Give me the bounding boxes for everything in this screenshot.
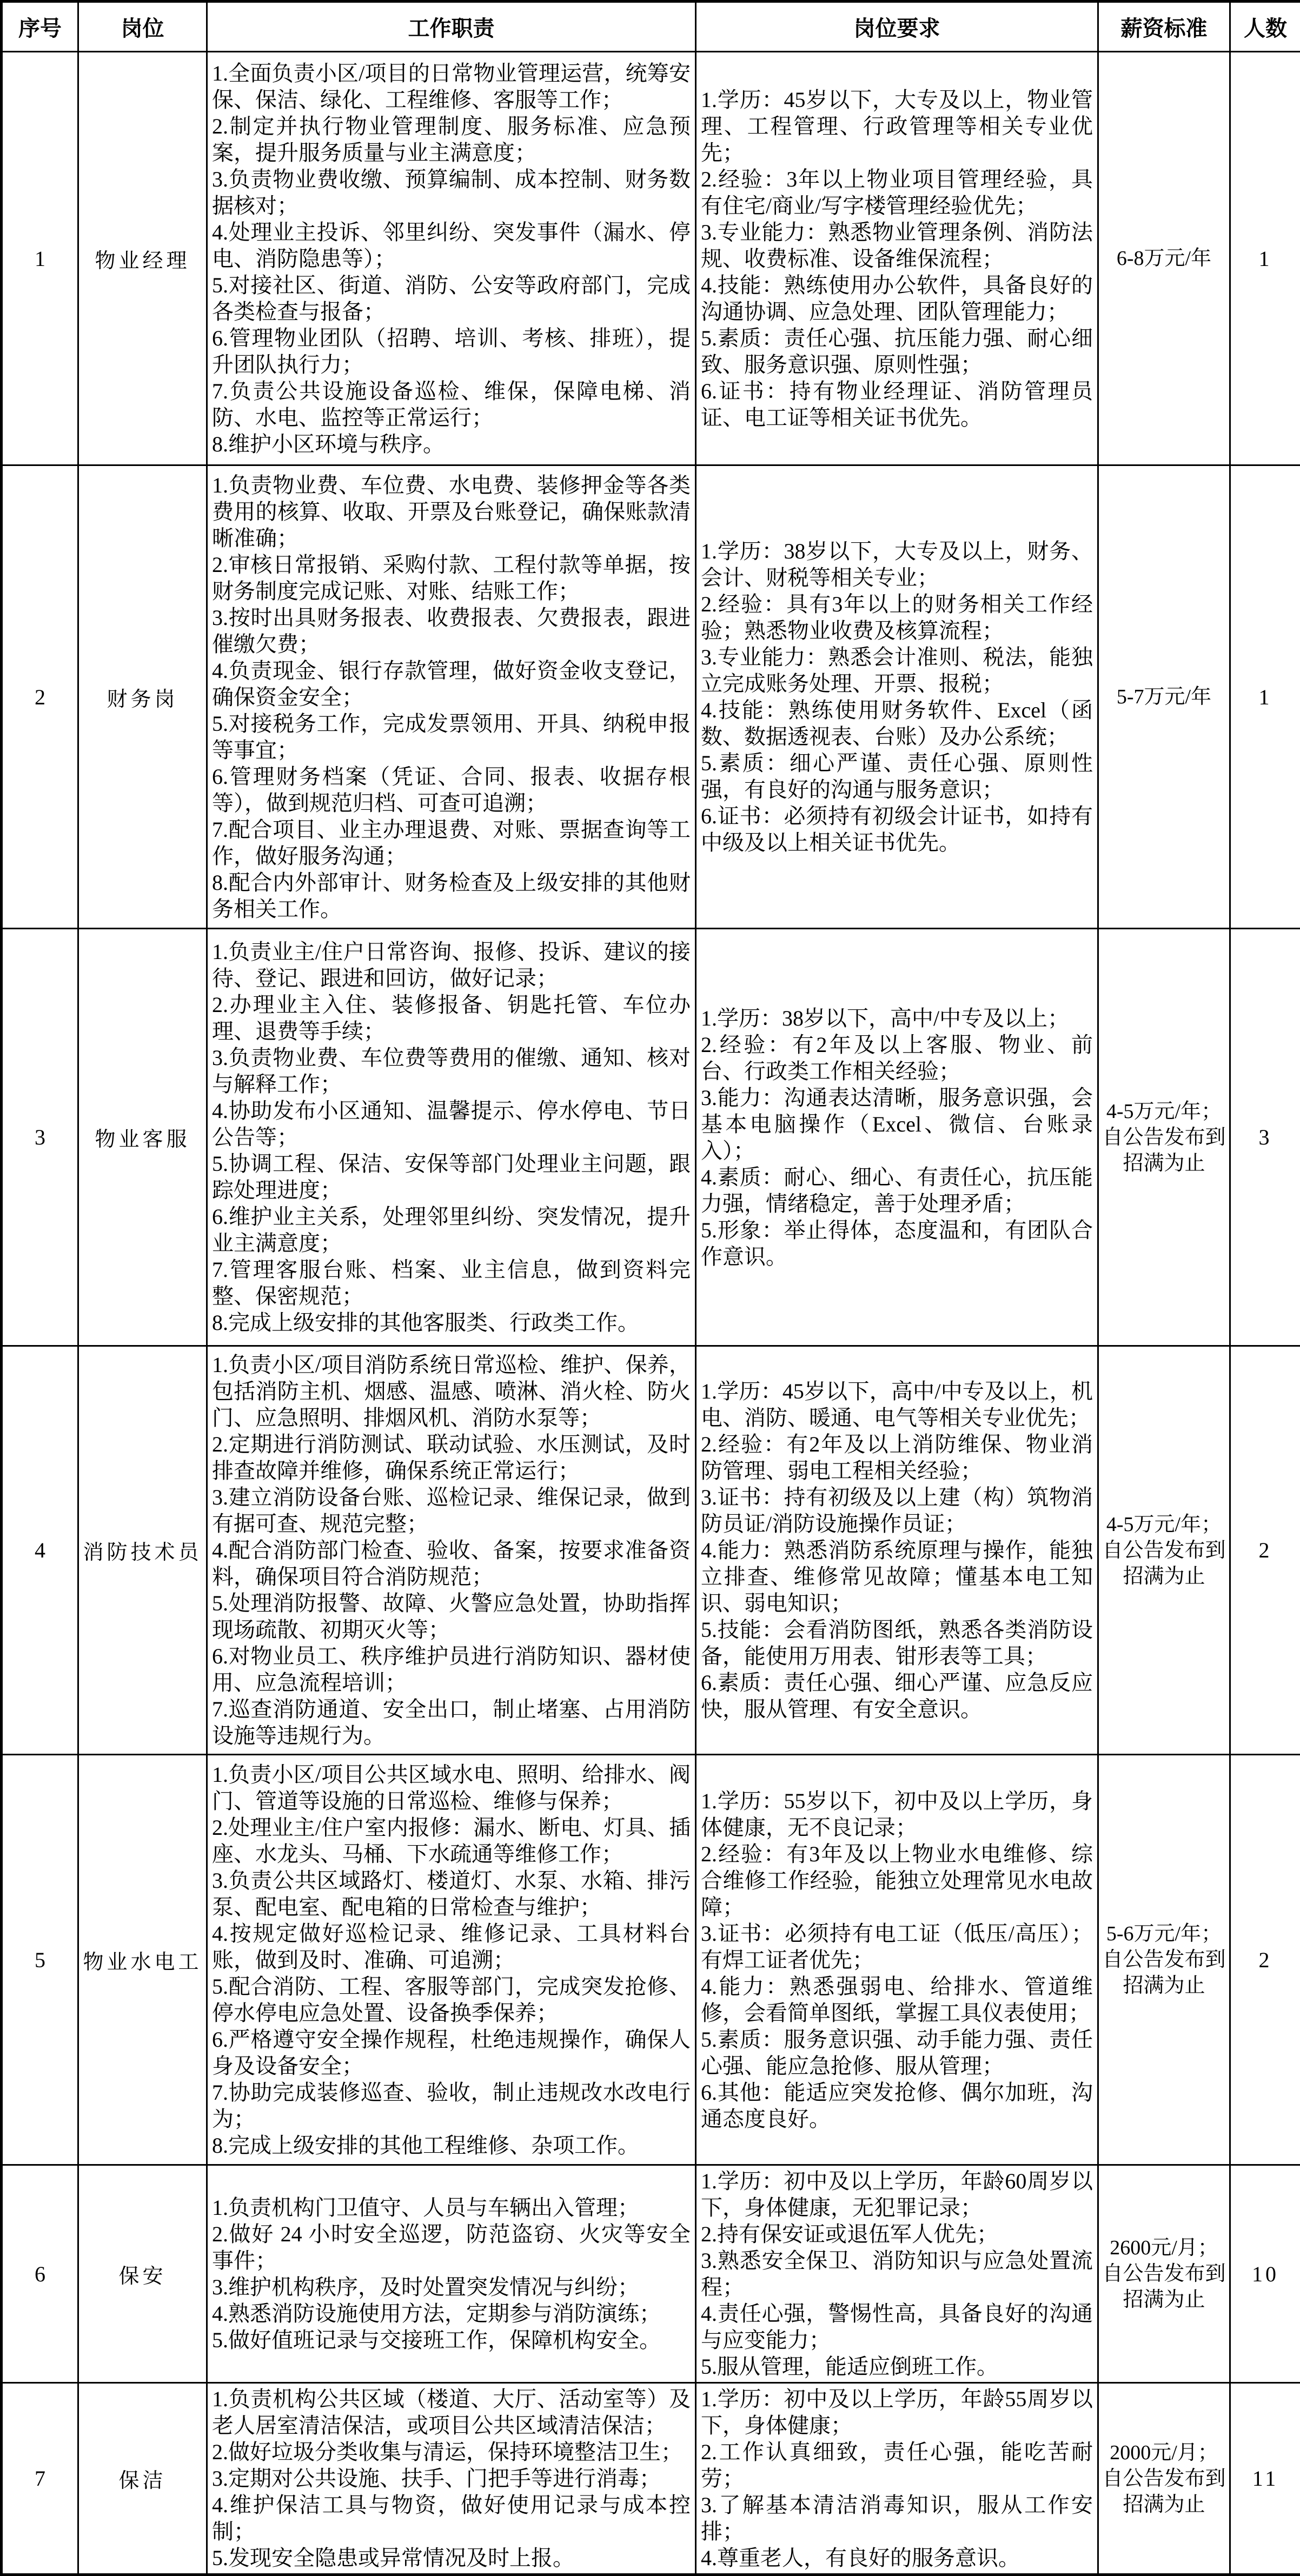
duty-item: 7.协助完成装修巡查、验收，制止违规改水改电行为； — [212, 2079, 691, 2132]
cell-duties: 1.负责机构门卫值守、人员与车辆出入管理；2.做好 24 小时安全巡逻，防范盗窃… — [207, 2165, 696, 2383]
duty-item: 2.处理业主/住户室内报修：漏水、断电、灯具、插座、水龙头、马桶、下水疏通等维修… — [212, 1814, 691, 1867]
requirement-item: 4.技能：熟练使用办公软件，具备良好的沟通协调、应急处理、团队管理能力； — [701, 272, 1093, 325]
duty-item: 8.维护小区环境与秩序。 — [212, 431, 691, 457]
cell-position: 财务岗 — [78, 465, 207, 929]
recruitment-table: 序号 岗位 工作职责 岗位要求 薪资标准 人数 1 物业经理 1.全面负责小区/… — [0, 0, 1300, 2576]
requirement-item: 4.尊重老人，有良好的服务意识。 — [701, 2545, 1093, 2571]
cell-headcount: 11 — [1230, 2383, 1300, 2575]
requirement-item: 1.学历：38岁以下，高中/中专及以上； — [701, 1005, 1093, 1031]
table-row: 3 物业客服 1.负责业主/住户日常咨询、报修、投诉、建议的接待、登记、跟进和回… — [2, 929, 1300, 1346]
requirement-item: 2.持有保安证或退伍军人优先； — [701, 2221, 1093, 2247]
requirement-item: 6.素质：责任心强、细心严谨、应急反应快，服从管理、有安全意识。 — [701, 1669, 1093, 1722]
table-body: 1 物业经理 1.全面负责小区/项目的日常物业管理运营，统筹安保、保洁、绿化、工… — [2, 52, 1300, 2575]
duty-item: 1.负责机构公共区域（楼道、大厅、活动室等）及老人居室清洁保洁，或项目公共区域清… — [212, 2386, 691, 2439]
requirement-item: 6.其他：能适应突发抢修、偶尔加班，沟通态度良好。 — [701, 2079, 1093, 2132]
table-row: 6 保安 1.负责机构门卫值守、人员与车辆出入管理；2.做好 24 小时安全巡逻… — [2, 2165, 1300, 2383]
duty-item: 1.负责业主/住户日常咨询、报修、投诉、建议的接待、登记、跟进和回访，做好记录； — [212, 938, 691, 991]
requirement-item: 5.服从管理，能适应倒班工作。 — [701, 2353, 1093, 2380]
duty-item: 5.做好值班记录与交接班工作，保障机构安全。 — [212, 2327, 691, 2353]
header-requirements: 岗位要求 — [696, 2, 1098, 52]
duty-item: 3.负责物业费、车位费等费用的催缴、通知、核对与解释工作； — [212, 1044, 691, 1097]
requirement-item: 5.形象：举止得体，态度温和，有团队合作意识。 — [701, 1217, 1093, 1270]
duty-item: 1.负责机构门卫值守、人员与车辆出入管理； — [212, 2194, 691, 2221]
cell-requirements: 1.学历：初中及以上学历，年龄60周岁以下，身体健康，无犯罪记录；2.持有保安证… — [696, 2165, 1098, 2383]
requirement-item: 4.技能：熟练使用财务软件、Excel（函数、数据透视表、台账）及办公系统； — [701, 697, 1093, 750]
cell-row-number: 2 — [2, 465, 78, 929]
cell-requirements: 1.学历：初中及以上学历，年龄55周岁以下，身体健康；2.工作认真细致，责任心强… — [696, 2383, 1098, 2575]
requirement-item: 2.工作认真细致，责任心强，能吃苦耐劳； — [701, 2439, 1093, 2492]
duty-item: 3.负责公共区域路灯、楼道灯、水泵、水箱、排污泵、配电室、配电箱的日常检查与维护… — [212, 1867, 691, 1920]
cell-row-number: 1 — [2, 52, 78, 465]
cell-headcount: 1 — [1230, 465, 1300, 929]
cell-row-number: 3 — [2, 929, 78, 1346]
duty-item: 8.配合内外部审计、财务检查及上级安排的其他财务相关工作。 — [212, 869, 691, 922]
requirement-item: 2.经验：有3年及以上物业水电维修、综合维修工作经验，能独立处理常见水电故障； — [701, 1841, 1093, 1920]
requirement-item: 5.素质：服务意识强、动手能力强、责任心强、能应急抢修、服从管理； — [701, 2026, 1093, 2079]
cell-headcount: 2 — [1230, 1346, 1300, 1755]
duty-item: 2.做好垃圾分类收集与清运，保持环境整洁卫生； — [212, 2439, 691, 2465]
table-row: 5 物业水电工 1.负责小区/项目公共区域水电、照明、给排水、阀门、管道等设施的… — [2, 1755, 1300, 2165]
cell-row-number: 6 — [2, 2165, 78, 2383]
header-count: 人数 — [1230, 2, 1300, 52]
cell-position: 消防技术员 — [78, 1346, 207, 1755]
requirement-item: 3.专业能力：熟悉物业管理条例、消防法规、收费标准、设备维保流程； — [701, 219, 1093, 272]
duty-item: 6.对物业员工、秩序维护员进行消防知识、器材使用、应急流程培训； — [212, 1643, 691, 1696]
duty-item: 5.协调工程、保洁、安保等部门处理业主问题，跟踪处理进度； — [212, 1150, 691, 1203]
cell-row-number: 5 — [2, 1755, 78, 2165]
cell-headcount: 1 — [1230, 52, 1300, 465]
duty-item: 5.处理消防报警、故障、火警应急处置，协助指挥现场疏散、初期灭火等； — [212, 1590, 691, 1643]
duty-item: 3.负责物业费收缴、预算编制、成本控制、财务数据核对； — [212, 166, 691, 219]
duty-item: 4.配合消防部门检查、验收、备案，按要求准备资料，确保项目符合消防规范； — [212, 1537, 691, 1590]
requirement-item: 4.素质：耐心、细心、有责任心，抗压能力强，情绪稳定，善于处理矛盾； — [701, 1164, 1093, 1217]
cell-salary: 4-5万元/年；自公告发布到招满为止 — [1098, 1346, 1230, 1755]
duty-item: 6.维护业主关系，处理邻里纠纷、突发情况，提升业主满意度； — [212, 1203, 691, 1256]
requirement-item: 6.证书：必须持有初级会计证书，如持有中级及以上相关证书优先。 — [701, 803, 1093, 856]
cell-duties: 1.负责小区/项目公共区域水电、照明、给排水、阀门、管道等设施的日常巡检、维修与… — [207, 1755, 696, 2165]
cell-position: 物业客服 — [78, 929, 207, 1346]
duty-item: 5.对接税务工作，完成发票领用、开具、纳税申报等事宜； — [212, 710, 691, 763]
duty-item: 4.负责现金、银行存款管理，做好资金收支登记，确保资金安全； — [212, 657, 691, 710]
duty-item: 2.办理业主入住、装修报备、钥匙托管、车位办理、退费等手续； — [212, 991, 691, 1044]
header-salary: 薪资标准 — [1098, 2, 1230, 52]
requirement-item: 1.学历：初中及以上学历，年龄60周岁以下，身体健康，无犯罪记录； — [701, 2168, 1093, 2221]
duty-item: 2.制定并执行物业管理制度、服务标准、应急预案，提升服务质量与业主满意度； — [212, 113, 691, 166]
cell-row-number: 4 — [2, 1346, 78, 1755]
requirement-item: 3.证书：必须持有电工证（低压/高压）；有焊工证者优先； — [701, 1920, 1093, 1973]
requirement-item: 4.责任心强，警惕性高，具备良好的沟通与应变能力； — [701, 2300, 1093, 2353]
duty-item: 7.管理客服台账、档案、业主信息，做到资料完整、保密规范； — [212, 1256, 691, 1309]
requirement-item: 3.证书：持有初级及以上建（构）筑物消防员证/消防设施操作员证； — [701, 1484, 1093, 1537]
header-position: 岗位 — [78, 2, 207, 52]
cell-requirements: 1.学历：38岁以下，高中/中专及以上；2.经验：有2年及以上客服、物业、前台、… — [696, 929, 1098, 1346]
cell-headcount: 2 — [1230, 1755, 1300, 2165]
requirement-item: 4.能力：熟悉强弱电、给排水、管道维修，会看简单图纸，掌握工具仪表使用； — [701, 1973, 1093, 2026]
duty-item: 3.定期对公共设施、扶手、门把手等进行消毒； — [212, 2465, 691, 2492]
requirement-item: 1.学历：55岁以下，初中及以上学历，身体健康，无不良记录； — [701, 1788, 1093, 1841]
duty-item: 4.维护保洁工具与物资，做好使用记录与成本控制； — [212, 2492, 691, 2545]
cell-duties: 1.全面负责小区/项目的日常物业管理运营，统筹安保、保洁、绿化、工程维修、客服等… — [207, 52, 696, 465]
duty-item: 2.定期进行消防测试、联动试验、水压测试，及时排查故障并维修，确保系统正常运行； — [212, 1431, 691, 1484]
cell-duties: 1.负责机构公共区域（楼道、大厅、活动室等）及老人居室清洁保洁，或项目公共区域清… — [207, 2383, 696, 2575]
requirement-item: 5.素质：细心严谨、责任心强、原则性强，有良好的沟通与服务意识； — [701, 750, 1093, 803]
duty-item: 7.巡查消防通道、安全出口，制止堵塞、占用消防设施等违规行为。 — [212, 1696, 691, 1749]
duty-item: 4.处理业主投诉、邻里纠纷、突发事件（漏水、停电、消防隐患等）； — [212, 219, 691, 272]
requirement-item: 1.学历：45岁以下，高中/中专及以上，机电、消防、暖通、电气等相关专业优先； — [701, 1378, 1093, 1431]
cell-position: 物业水电工 — [78, 1755, 207, 2165]
table-row: 7 保洁 1.负责机构公共区域（楼道、大厅、活动室等）及老人居室清洁保洁，或项目… — [2, 2383, 1300, 2575]
duty-item: 6.管理物业团队（招聘、培训、考核、排班），提升团队执行力； — [212, 325, 691, 378]
requirement-item: 5.素质：责任心强、抗压能力强、耐心细致、服务意识强、原则性强； — [701, 325, 1093, 378]
requirement-item: 5.技能：会看消防图纸，熟悉各类消防设备，能使用万用表、钳形表等工具； — [701, 1616, 1093, 1669]
duty-item: 2.审核日常报销、采购付款、工程付款等单据，按财务制度完成记账、对账、结账工作； — [212, 551, 691, 604]
cell-requirements: 1.学历：45岁以下，高中/中专及以上，机电、消防、暖通、电气等相关专业优先；2… — [696, 1346, 1098, 1755]
header-duties: 工作职责 — [207, 2, 696, 52]
duty-item: 5.对接社区、街道、消防、公安等政府部门，完成各类检查与报备； — [212, 272, 691, 325]
cell-salary: 5-6万元/年；自公告发布到招满为止 — [1098, 1755, 1230, 2165]
requirement-item: 3.了解基本清洁消毒知识，服从工作安排； — [701, 2492, 1093, 2545]
duty-item: 1.负责小区/项目公共区域水电、照明、给排水、阀门、管道等设施的日常巡检、维修与… — [212, 1761, 691, 1814]
cell-position: 保洁 — [78, 2383, 207, 2575]
requirement-item: 1.学历：38岁以下，大专及以上，财务、会计、财税等相关专业； — [701, 538, 1093, 591]
duty-item: 1.全面负责小区/项目的日常物业管理运营，统筹安保、保洁、绿化、工程维修、客服等… — [212, 60, 691, 113]
duty-item: 4.协助发布小区通知、温馨提示、停水停电、节日公告等； — [212, 1097, 691, 1150]
table-row: 4 消防技术员 1.负责小区/项目消防系统日常巡检、维护、保养，包括消防主机、烟… — [2, 1346, 1300, 1755]
cell-requirements: 1.学历：45岁以下，大专及以上，物业管理、工程管理、行政管理等相关专业优先；2… — [696, 52, 1098, 465]
table-row: 1 物业经理 1.全面负责小区/项目的日常物业管理运营，统筹安保、保洁、绿化、工… — [2, 52, 1300, 465]
duty-item: 5.发现安全隐患或异常情况及时上报。 — [212, 2545, 691, 2571]
cell-salary: 2000元/月；自公告发布到招满为止 — [1098, 2383, 1230, 2575]
cell-headcount: 3 — [1230, 929, 1300, 1346]
cell-position: 物业经理 — [78, 52, 207, 465]
duty-item: 6.严格遵守安全操作规程，杜绝违规操作，确保人身及设备安全； — [212, 2026, 691, 2079]
cell-salary: 4-5万元/年；自公告发布到招满为止 — [1098, 929, 1230, 1346]
requirement-item: 3.熟悉安全保卫、消防知识与应急处置流程； — [701, 2247, 1093, 2300]
duty-item: 7.配合项目、业主办理退费、对账、票据查询等工作，做好服务沟通； — [212, 816, 691, 869]
requirement-item: 6.证书：持有物业经理证、消防管理员证、电工证等相关证书优先。 — [701, 378, 1093, 431]
cell-position: 保安 — [78, 2165, 207, 2383]
duty-item: 5.配合消防、工程、客服等部门，完成突发抢修、停水停电应急处置、设备换季保养； — [212, 1973, 691, 2026]
duty-item: 3.建立消防设备台账、巡检记录、维保记录，做到有据可查、规范完整； — [212, 1484, 691, 1537]
duty-item: 8.完成上级安排的其他工程维修、杂项工作。 — [212, 2132, 691, 2159]
cell-salary: 6-8万元/年 — [1098, 52, 1230, 465]
cell-requirements: 1.学历：55岁以下，初中及以上学历，身体健康，无不良记录；2.经验：有3年及以… — [696, 1755, 1098, 2165]
cell-row-number: 7 — [2, 2383, 78, 2575]
requirement-item: 3.专业能力：熟悉会计准则、税法，能独立完成账务处理、开票、报税； — [701, 644, 1093, 697]
duty-item: 4.熟悉消防设施使用方法，定期参与消防演练； — [212, 2300, 691, 2327]
requirement-item: 2.经验：具有3年以上的财务相关工作经验；熟悉物业收费及核算流程； — [701, 591, 1093, 644]
duty-item: 1.负责物业费、车位费、水电费、装修押金等各类费用的核算、收取、开票及台账登记，… — [212, 472, 691, 551]
cell-duties: 1.负责小区/项目消防系统日常巡检、维护、保养，包括消防主机、烟感、温感、喷淋、… — [207, 1346, 696, 1755]
duty-item: 3.按时出具财务报表、收费报表、欠费报表，跟进催缴欠费； — [212, 604, 691, 657]
requirement-item: 2.经验：有2年及以上客服、物业、前台、行政类工作相关经验； — [701, 1031, 1093, 1084]
cell-requirements: 1.学历：38岁以下，大专及以上，财务、会计、财税等相关专业；2.经验：具有3年… — [696, 465, 1098, 929]
duty-item: 1.负责小区/项目消防系统日常巡检、维护、保养，包括消防主机、烟感、温感、喷淋、… — [212, 1352, 691, 1431]
cell-salary: 5-7万元/年 — [1098, 465, 1230, 929]
requirement-item: 4.能力：熟悉消防系统原理与操作，能独立排查、维修常见故障；懂基本电工知识、弱电… — [701, 1537, 1093, 1616]
duty-item: 7.负责公共设施设备巡检、维保，保障电梯、消防、水电、监控等正常运行； — [212, 378, 691, 431]
header-no: 序号 — [2, 2, 78, 52]
requirement-item: 2.经验：有2年及以上消防维保、物业消防管理、弱电工程相关经验； — [701, 1431, 1093, 1484]
duty-item: 3.维护机构秩序，及时处置突发情况与纠纷； — [212, 2274, 691, 2300]
requirement-item: 1.学历：初中及以上学历，年龄55周岁以下，身体健康； — [701, 2386, 1093, 2439]
duty-item: 4.按规定做好巡检记录、维修记录、工具材料台账，做到及时、准确、可追溯； — [212, 1920, 691, 1973]
requirement-item: 2.经验：3年以上物业项目管理经验，具有住宅/商业/写字楼管理经验优先； — [701, 166, 1093, 219]
duty-item: 8.完成上级安排的其他客服类、行政类工作。 — [212, 1309, 691, 1336]
cell-salary: 2600元/月；自公告发布到招满为止 — [1098, 2165, 1230, 2383]
requirement-item: 1.学历：45岁以下，大专及以上，物业管理、工程管理、行政管理等相关专业优先； — [701, 86, 1093, 166]
duty-item: 2.做好 24 小时安全巡逻，防范盗窃、火灾等安全事件； — [212, 2221, 691, 2274]
requirement-item: 3.能力：沟通表达清晰，服务意识强，会基本电脑操作（Excel、微信、台账录入）… — [701, 1084, 1093, 1164]
cell-duties: 1.负责业主/住户日常咨询、报修、投诉、建议的接待、登记、跟进和回访，做好记录；… — [207, 929, 696, 1346]
table-row: 2 财务岗 1.负责物业费、车位费、水电费、装修押金等各类费用的核算、收取、开票… — [2, 465, 1300, 929]
cell-headcount: 10 — [1230, 2165, 1300, 2383]
header-row: 序号 岗位 工作职责 岗位要求 薪资标准 人数 — [2, 2, 1300, 52]
cell-duties: 1.负责物业费、车位费、水电费、装修押金等各类费用的核算、收取、开票及台账登记，… — [207, 465, 696, 929]
duty-item: 6.管理财务档案（凭证、合同、报表、收据存根等），做到规范归档、可查可追溯； — [212, 763, 691, 816]
